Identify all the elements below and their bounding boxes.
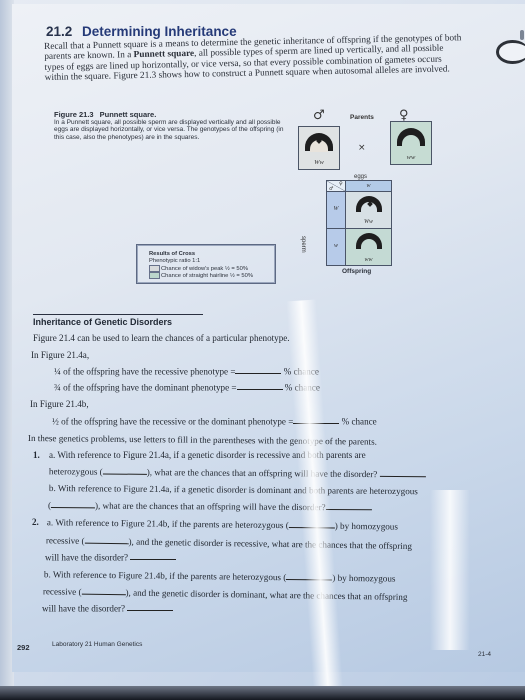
answer-blank[interactable] [380,469,426,478]
sperm-allele: W [327,206,345,212]
footer-page-number: 292 [17,643,30,652]
female-mini-icon: ♀ [339,181,343,187]
female-parent-box: ww [390,121,432,165]
question-number: 2. [32,517,39,527]
figure-name: Punnett square. [100,110,157,119]
prompt-text: will have the disorder? [42,603,125,613]
prompt-text: ), what are the chances that an offsprin… [95,501,326,513]
subsection-heading: Inheritance of Genetic Disorders [33,317,172,327]
female-parent-genotype: ww [391,154,431,161]
male-parent-genotype: Ww [299,159,339,166]
straight-hairline-icon [397,128,425,146]
question-2b-line3: will have the disorder? [42,603,173,613]
figure-label: Figure 21.3 [54,110,94,119]
straight-hairline-icon [356,233,382,249]
answer-blank[interactable] [237,382,283,390]
prompt-text: ¼ of the offspring have the recessive ph… [54,366,235,376]
genotype-blank[interactable] [103,466,147,475]
prompt-text: recessive ( [43,586,82,597]
legend-swatch [149,265,160,272]
legend-swatch [149,272,160,279]
widows-peak-hairline-icon [356,196,382,212]
binder-ring [496,40,525,64]
sperm-label: sperm [300,236,306,253]
phenotypic-ratio: Phenotypic ratio 1:1 [149,258,275,265]
male-symbol-icon: ♂ [313,108,325,123]
footer-lab-title: Laboratory 21 Human Genetics [52,641,142,648]
intro-paragraph: Recall that a Punnett square is a means … [44,33,465,83]
male-parent-box: Ww [298,126,340,170]
answer-blank[interactable] [326,502,372,511]
prompt-text: ) by homozygous [335,521,398,532]
sperm-allele-cell: W [326,191,346,229]
egg-allele: w [346,183,391,189]
question-2a-line3: will have the disorder? [45,552,176,562]
genotype-blank[interactable] [85,536,129,545]
genotype-blank[interactable] [82,587,126,596]
figure-caption: Figure 21.3Punnett square. In a Punnett … [54,111,284,141]
punnett-square: ♀ ♂ w W w Ww ww [326,180,392,266]
paragraph: Figure 21.4 can be used to learn the cha… [33,333,290,343]
figure-b-intro: In Figure 21.4b, [30,399,89,409]
question-number: 1. [33,450,40,460]
legend-item: Chance of widow's peak ½ = 50% [149,265,275,273]
answer-blank[interactable] [127,603,173,611]
desk-surface [0,686,525,700]
results-title: Results of Cross [149,251,275,258]
footer-page-code: 21-4 [478,651,491,658]
sperm-allele: w [327,243,345,249]
heading-rule [33,314,203,315]
section-title: Determining Inheritance [82,24,237,39]
section-heading: 21.2 Determining Inheritance [46,24,237,39]
prompt-text: heterozygous ( [49,466,103,476]
prompt-text: ¾ of the offspring have the dominant phe… [54,382,237,392]
figure-caption-text: In a Punnett square, all possible sperm … [54,119,284,142]
legend-item: Chance of straight hairline ½ = 50% [149,272,275,280]
offspring-cell: ww [345,228,392,266]
prompt-text: ) by homozygous [332,573,395,584]
offspring-label: Offspring [342,268,371,275]
light-glare [430,490,470,650]
sperm-allele-cell: w [326,228,346,266]
legend-text: Chance of straight hairline ½ = 50% [161,273,253,279]
prompt-text: ), what are the chances that an offsprin… [147,467,378,479]
question-line: ¼ of the offspring have the recessive ph… [54,366,319,376]
section-number: 21.2 [46,24,72,39]
offspring-cell: Ww [345,191,392,229]
parents-label: Parents [350,114,374,121]
prompt-text: ½ of the offspring have the recessive or… [52,416,293,426]
question-line: ¾ of the offspring have the dominant phe… [54,382,320,392]
results-of-cross-box: Results of Cross Phenotypic ratio 1:1 Ch… [136,244,276,284]
widows-peak-hairline-icon [305,133,333,151]
offspring-genotype: Ww [346,219,391,225]
legend-text: Chance of widow's peak ½ = 50% [161,266,248,272]
cross-symbol: × [358,143,366,153]
answer-blank[interactable] [130,552,176,560]
prompt-text: will have the disorder? [45,552,128,562]
genotype-blank[interactable] [51,500,95,509]
question-line: ½ of the offspring have the recessive or… [52,416,377,426]
pct-chance-label: % chance [342,416,377,426]
figure-a-intro: In Figure 21.4a, [31,350,89,360]
answer-blank[interactable] [235,366,281,374]
binder-hole [520,30,524,40]
offspring-genotype: ww [346,257,391,263]
prompt-text: recessive ( [46,535,85,546]
